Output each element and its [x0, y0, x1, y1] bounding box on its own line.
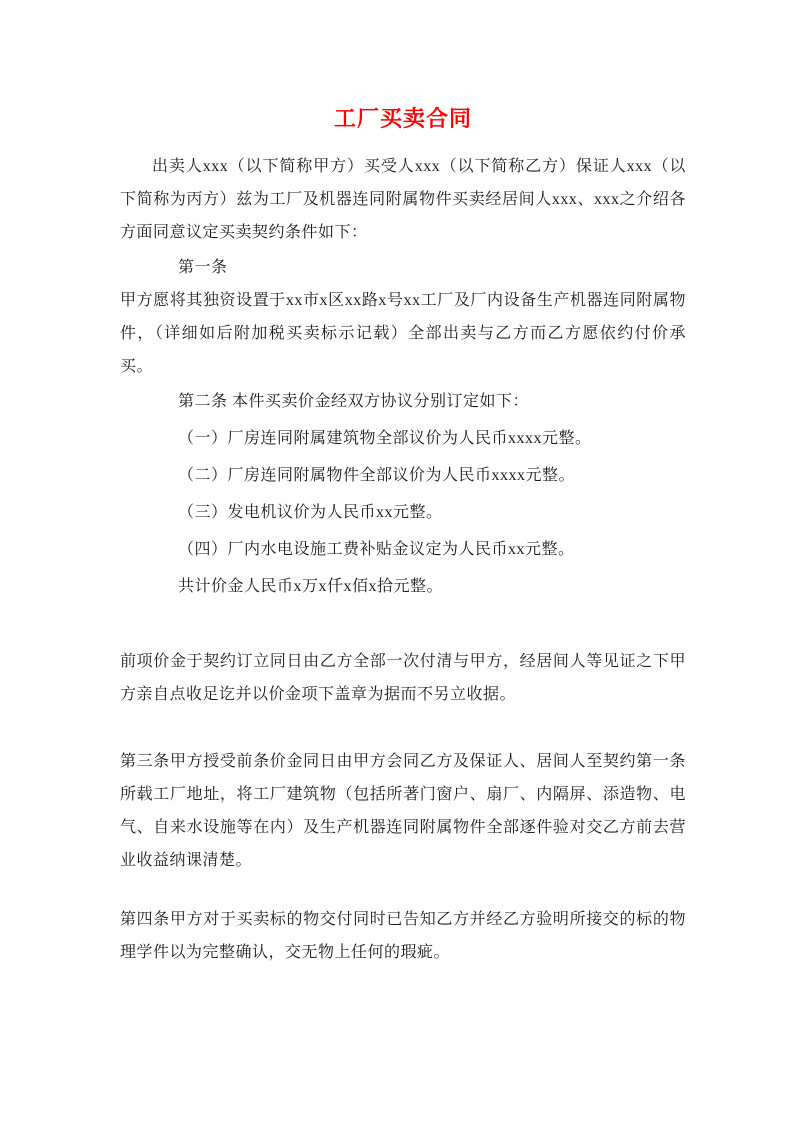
document-title: 工厂买卖合同	[120, 106, 686, 132]
document-body: 出卖人xxx（以下简称甲方）买受人xxx（以下简称乙方）保证人xxx（以下简称为…	[120, 150, 686, 969]
document-page: 工厂买卖合同 出卖人xxx（以下简称甲方）买受人xxx（以下简称乙方）保证人xx…	[0, 0, 800, 1132]
paragraph: 出卖人xxx（以下简称甲方）买受人xxx（以下简称乙方）保证人xxx（以下简称为…	[120, 150, 686, 249]
paragraph: （一）厂房连同附属建筑物全部议价为人民币xxxx元整。	[120, 422, 686, 455]
paragraph: 第四条甲方对于买卖标的物交付同时已告知乙方并经乙方验明所接交的标的物理学件以为完…	[120, 903, 686, 969]
paragraph: 甲方愿将其独资设置于xx市x区xx路x号xx工厂及厂内设备生产机器连同附属物件，…	[120, 284, 686, 383]
paragraph: 前项价金于契约订立同日由乙方全部一次付清与甲方，经居间人等见证之下甲方亲自点收足…	[120, 645, 686, 711]
paragraph: 共计价金人民币x万x仟x佰x拾元整。	[120, 570, 686, 603]
paragraph: （二）厂房连同附属物件全部议价为人民币xxxx元整。	[120, 459, 686, 492]
paragraph: （三）发电机议价为人民币xx元整。	[120, 496, 686, 529]
paragraph: 第二条 本件买卖价金经双方协议分别订定如下：	[120, 385, 686, 418]
paragraph: 第一条	[120, 251, 686, 284]
paragraph: 第三条甲方授受前条价金同日由甲方会同乙方及保证人、居间人至契约第一条所载工厂地址…	[120, 745, 686, 877]
paragraph: （四）厂内水电设施工费补贴金议定为人民币xx元整。	[120, 533, 686, 566]
